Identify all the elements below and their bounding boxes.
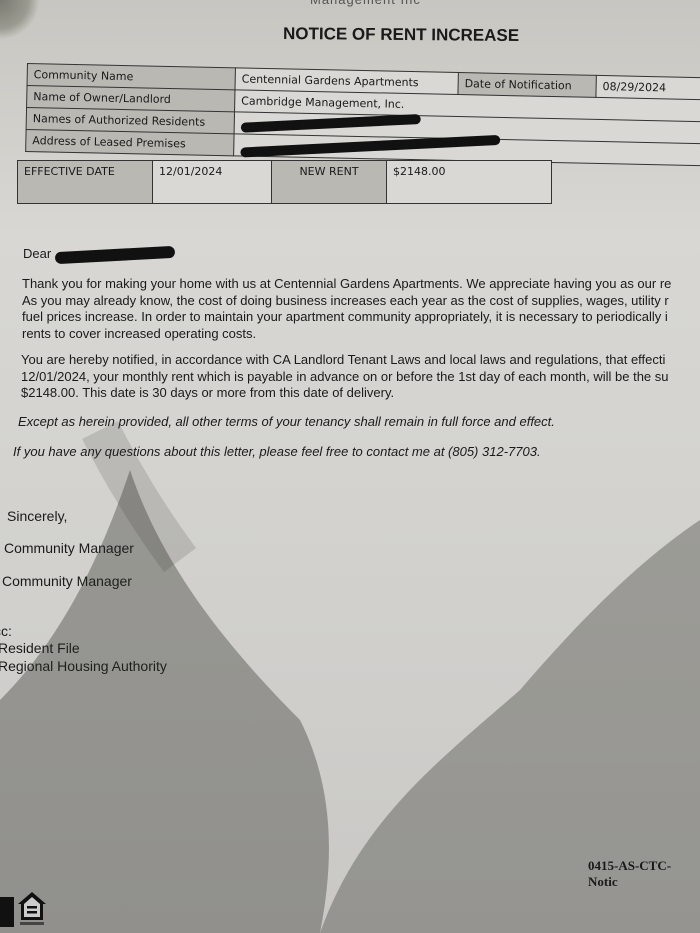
cc-label: cc: bbox=[0, 623, 12, 639]
signer-line-1: Community Manager bbox=[4, 540, 134, 556]
form-code: 0415-AS-CTC-Notic bbox=[588, 858, 700, 890]
company-header: Management Inc bbox=[310, 0, 421, 7]
equal-housing-icon bbox=[16, 890, 48, 926]
address-label: Address of Leased Premises bbox=[26, 129, 234, 155]
paragraph-line: rents to cover increased operating costs… bbox=[22, 326, 671, 343]
paragraph-line: You are hereby notified, in accordance w… bbox=[21, 352, 669, 369]
paragraph-line: fuel prices increase. In order to mainta… bbox=[22, 309, 671, 326]
accessibility-icon bbox=[0, 897, 14, 927]
paragraph-line: Thank you for making your home with us a… bbox=[22, 276, 671, 293]
effective-date-value: 12/01/2024 bbox=[153, 161, 272, 204]
rent-table: EFFECTIVE DATE 12/01/2024 NEW RENT $2148… bbox=[17, 160, 552, 204]
new-rent-value: $2148.00 bbox=[387, 161, 552, 204]
paragraph-1: Thank you for making your home with us a… bbox=[22, 276, 671, 342]
new-rent-label: NEW RENT bbox=[272, 161, 387, 204]
effective-date-label: EFFECTIVE DATE bbox=[18, 161, 153, 204]
salutation: Dear bbox=[23, 246, 175, 263]
signer-line-2: Community Manager bbox=[2, 573, 132, 589]
paragraph-4: If you have any questions about this let… bbox=[13, 444, 541, 461]
page-title: NOTICE OF RENT INCREASE bbox=[283, 24, 519, 46]
salutation-text: Dear bbox=[23, 246, 51, 261]
redaction-mark bbox=[240, 135, 500, 158]
redaction-mark bbox=[55, 245, 175, 263]
paragraph-line: $2148.00. This date is 30 days or more f… bbox=[21, 385, 669, 402]
paragraph-line: 12/01/2024, your monthly rent which is p… bbox=[21, 369, 669, 386]
paragraph-2: You are hereby notified, in accordance w… bbox=[21, 352, 669, 402]
date-of-notification-label: Date of Notification bbox=[458, 73, 596, 98]
paragraph-3: Except as herein provided, all other ter… bbox=[18, 414, 555, 431]
paragraph-line: As you may already know, the cost of doi… bbox=[22, 293, 671, 310]
date-of-notification-value: 08/29/2024 bbox=[596, 75, 700, 99]
background-corner bbox=[0, 0, 40, 40]
info-table: Community Name Centennial Gardens Apartm… bbox=[25, 63, 700, 166]
cc-item: Regional Housing Authority bbox=[0, 658, 167, 674]
redaction-mark bbox=[241, 114, 421, 133]
cc-item: Resident File bbox=[0, 640, 80, 656]
closing: Sincerely, bbox=[7, 508, 67, 524]
